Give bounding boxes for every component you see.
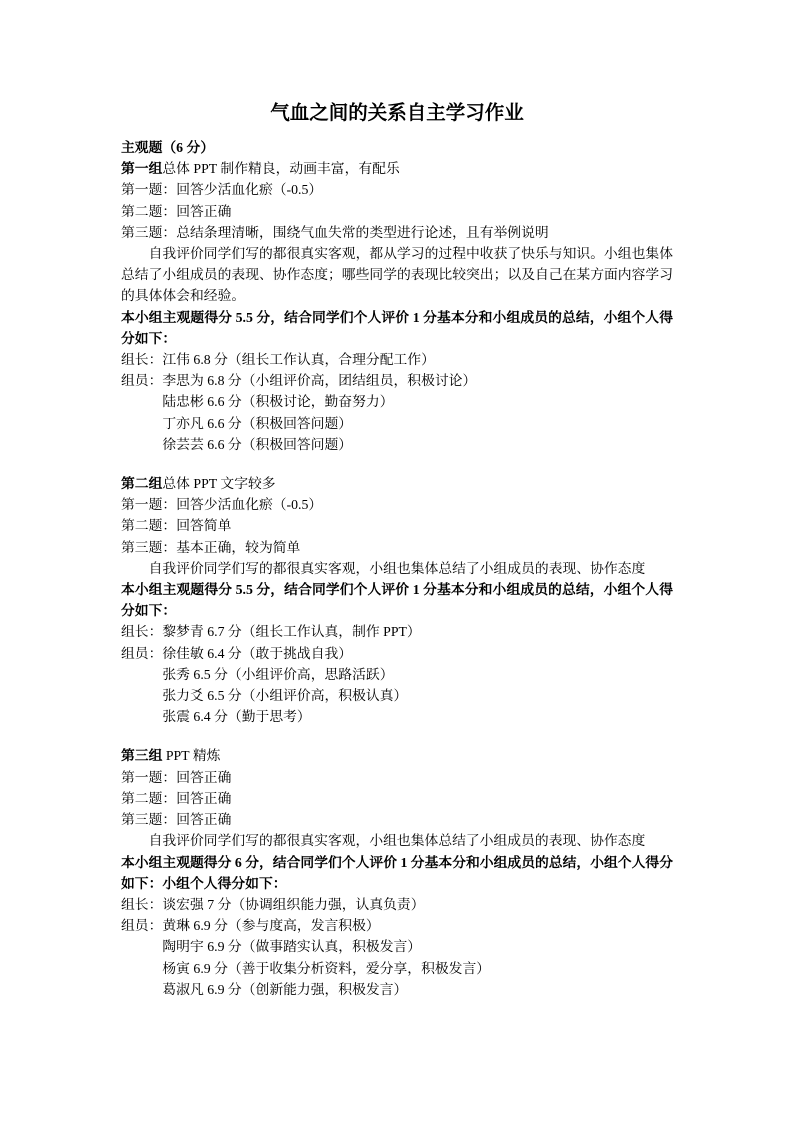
member-line: 陆忠彬 6.6 分（积极讨论，勤奋努力）: [121, 391, 673, 412]
group-overview: 总体 PPT 制作精良，动画丰富，有配乐: [162, 161, 399, 176]
leader-entry: 黎梦青 6.7 分（组长工作认真，制作 PPT）: [162, 624, 420, 639]
group-section-3: 第三组 PPT 精炼 第一题：回答正确 第二题：回答正确 第三题：回答正确 自我…: [121, 745, 673, 999]
member-entry: 李思为 6.8 分（小组评价高，团结组员，积极讨论）: [162, 373, 476, 388]
score-summary: 本小组主观题得分 5.5 分，结合同学们个人评价 1 分基本分和小组成员的总结，…: [121, 579, 673, 621]
member-line: 组员：黄琳 6.9 分（参与度高，发言积极）: [121, 915, 673, 936]
document-title: 气血之间的关系自主学习作业: [121, 101, 673, 127]
member-line: 丁亦凡 6.6 分（积极回答问题）: [121, 413, 673, 434]
member-line: 徐芸芸 6.6 分（积极回答问题）: [121, 434, 673, 455]
group-overview-line: 第三组 PPT 精炼: [121, 745, 673, 766]
member-line: 杨寅 6.9 分（善于收集分析资料，爱分享，积极发言）: [121, 958, 673, 979]
question-label: 第二题：: [121, 204, 176, 219]
leader-entry: 江伟 6.8 分（组长工作认真，合理分配工作）: [162, 352, 435, 367]
self-evaluation-paragraph: 自我评价同学们写的都很真实客观，小组也集体总结了小组成员的表现、协作态度: [121, 830, 673, 851]
member-line: 张秀 6.5 分（小组评价高，思路活跃）: [121, 664, 673, 685]
question-label: 第三题：: [121, 540, 176, 555]
group-name: 第三组: [121, 748, 162, 763]
question-label: 第一题：: [121, 770, 176, 785]
question-line: 第二题：回答正确: [121, 201, 673, 222]
document-page: 气血之间的关系自主学习作业 主观题（6 分） 第一组总体 PPT 制作精良，动画…: [0, 0, 794, 1123]
question-line: 第三题：总结条理清晰，围绕气血失常的类型进行论述，且有举例说明: [121, 222, 673, 243]
member-line: 葛淑凡 6.9 分（创新能力强，积极发言）: [121, 979, 673, 1000]
question-answer: 基本正确，较为简单: [176, 540, 300, 555]
question-line: 第三题：基本正确，较为简单: [121, 537, 673, 558]
question-label: 第三题：: [121, 812, 176, 827]
leader-line: 组长：江伟 6.8 分（组长工作认真，合理分配工作）: [121, 349, 673, 370]
member-line: 陶明宇 6.9 分（做事踏实认真，积极发言）: [121, 936, 673, 957]
question-answer: 回答少活血化瘀（-0.5）: [176, 182, 322, 197]
self-evaluation-paragraph: 自我评价同学们写的都很真实客观，小组也集体总结了小组成员的表现、协作态度: [121, 558, 673, 579]
members-label: 组员：: [121, 918, 162, 933]
group-overview-line: 第一组总体 PPT 制作精良，动画丰富，有配乐: [121, 158, 673, 179]
group-name: 第二组: [121, 476, 162, 491]
question-answer: 回答简单: [176, 518, 231, 533]
group-section-2: 第二组总体 PPT 文字较多 第一题：回答少活血化瘀（-0.5） 第二题：回答简…: [121, 473, 673, 727]
score-summary: 本小组主观题得分 5.5 分，结合同学们个人评价 1 分基本分和小组成员的总结，…: [121, 307, 673, 349]
section-heading: 主观题（6 分）: [121, 137, 673, 158]
leader-label: 组长：: [121, 352, 162, 367]
members-label: 组员：: [121, 373, 162, 388]
member-line: 张震 6.4 分（勤于思考）: [121, 706, 673, 727]
question-label: 第一题：: [121, 497, 176, 512]
score-summary: 本小组主观题得分 6 分，结合同学们个人评价 1 分基本分和小组成员的总结，小组…: [121, 852, 673, 894]
group-name: 第一组: [121, 161, 162, 176]
leader-label: 组长：: [121, 897, 162, 912]
question-answer: 回答正确: [176, 204, 231, 219]
question-label: 第二题：: [121, 518, 176, 533]
leader-label: 组长：: [121, 624, 162, 639]
question-line: 第二题：回答简单: [121, 515, 673, 536]
leader-line: 组长：黎梦青 6.7 分（组长工作认真，制作 PPT）: [121, 621, 673, 642]
group-section-1: 第一组总体 PPT 制作精良，动画丰富，有配乐 第一题：回答少活血化瘀（-0.5…: [121, 158, 673, 455]
question-answer: 回答正确: [176, 812, 231, 827]
leader-entry: 谈宏强 7 分（协调组织能力强，认真负责）: [162, 897, 424, 912]
question-label: 第一题：: [121, 182, 176, 197]
question-line: 第二题：回答正确: [121, 788, 673, 809]
question-label: 第二题：: [121, 791, 176, 806]
member-line: 组员：李思为 6.8 分（小组评价高，团结组员，积极讨论）: [121, 370, 673, 391]
question-line: 第一题：回答少活血化瘀（-0.5）: [121, 494, 673, 515]
members-label: 组员：: [121, 646, 162, 661]
question-label: 第三题：: [121, 225, 176, 240]
member-line: 组员：徐佳敏 6.4 分（敢于挑战自我）: [121, 643, 673, 664]
question-line: 第一题：回答正确: [121, 767, 673, 788]
leader-line: 组长：谈宏强 7 分（协调组织能力强，认真负责）: [121, 894, 673, 915]
self-evaluation-paragraph: 自我评价同学们写的都很真实客观，都从学习的过程中收获了快乐与知识。小组也集体总结…: [121, 243, 673, 307]
group-overview-line: 第二组总体 PPT 文字较多: [121, 473, 673, 494]
question-line: 第三题：回答正确: [121, 809, 673, 830]
group-overview: PPT 精炼: [162, 748, 220, 763]
question-answer: 回答正确: [176, 791, 231, 806]
member-entry: 黄琳 6.9 分（参与度高，发言积极）: [162, 918, 379, 933]
question-answer: 总结条理清晰，围绕气血失常的类型进行论述，且有举例说明: [176, 225, 549, 240]
member-line: 张力爻 6.5 分（小组评价高，积极认真）: [121, 685, 673, 706]
question-answer: 回答正确: [176, 770, 231, 785]
group-overview: 总体 PPT 文字较多: [162, 476, 275, 491]
question-answer: 回答少活血化瘀（-0.5）: [176, 497, 322, 512]
member-entry: 徐佳敏 6.4 分（敢于挑战自我）: [162, 646, 352, 661]
question-line: 第一题：回答少活血化瘀（-0.5）: [121, 179, 673, 200]
